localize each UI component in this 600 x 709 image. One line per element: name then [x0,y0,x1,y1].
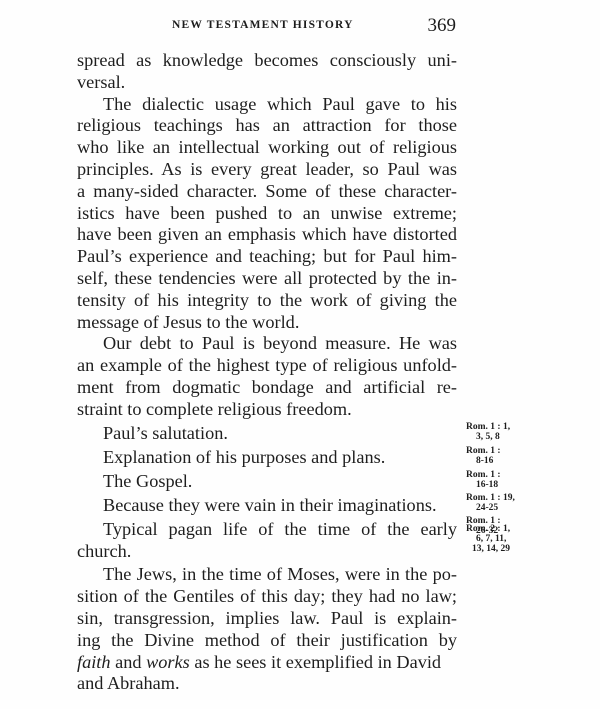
margin-ref-line: Rom. 1 : [466,446,501,456]
text-line-with-italics: faith and works as he sees it exemplifie… [77,652,457,674]
text-line: and Abraham. [77,673,457,695]
text-line: have been given an emphasis which have d… [77,224,457,246]
text-line: an example of the highest type of religi… [77,355,457,377]
margin-ref-line: Rom. 1 : [466,470,501,480]
text-line: Our debt to Paul is beyond measure. He w… [77,333,457,355]
text-line: principles. As is every great leader, so… [77,159,457,181]
outline-item-salutation: Paul’s salutation. [77,421,457,445]
text-line: versal. [77,72,457,94]
text-line: who like an intellectual working out of … [77,137,457,159]
text-line: a many-sided character. Some of these ch… [77,181,457,203]
running-head: NEW TESTAMENT HISTORY 369 [172,17,456,37]
margin-ref-rom-2-1-real: Rom. 2 : 1, 6, 7, 11, 13, 14, 29 [466,524,510,554]
margin-ref-line: 13, 14, 29 [466,544,510,554]
margin-ref-line: 16-18 [466,480,501,490]
text-line: Paul’s experience and teaching; but for … [77,246,457,268]
text-fragment: and [111,652,147,672]
outline-item-gospel: The Gospel. [77,469,457,493]
margin-ref-line: 8-16 [466,456,501,466]
outline-item-purposes: Explanation of his purposes and plans. [77,445,457,469]
margin-ref-line: Rom. 2 : 1, [466,524,510,534]
text-line: tensity of his integrity to the work of … [77,290,457,312]
margin-ref-line: 6, 7, 11, [466,534,510,544]
text-line: straint to complete religious freedom. [77,399,457,421]
outline-item-pagan-life: Typical pagan life of the time of the ea… [77,517,457,541]
outline-item-pagan-life-cont: church. [77,541,457,563]
margin-ref-line: 24-25 [466,503,515,513]
margin-ref-rom-1-1: Rom. 1 : 1, 3, 5, 8 [466,422,510,442]
running-title: NEW TESTAMENT HISTORY [172,19,354,31]
margin-ref-line: Rom. 1 : 19, [466,493,515,503]
text-line: spread as knowledge becomes consciously … [77,50,457,72]
text-line: ing the Divine method of their justifica… [77,630,457,652]
margin-ref-rom-1-16: Rom. 1 : 16-18 [466,470,501,490]
text-line: religious teachings has an attraction fo… [77,115,457,137]
text-line: The dialectic usage which Paul gave to h… [77,94,457,116]
text-line: istics have been pushed to an unwise ext… [77,203,457,225]
text-line: self, these tendencies were all protecte… [77,268,457,290]
book-page: NEW TESTAMENT HISTORY 369 spread as know… [0,0,600,709]
margin-ref-line: 3, 5, 8 [466,432,510,442]
text-column: spread as knowledge becomes consciously … [77,50,457,695]
text-line: The Jews, in the time of Moses, were in … [77,564,457,586]
text-line: message of Jesus to the world. [77,312,457,334]
text-line: sition of the Gentiles of this day; they… [77,586,457,608]
italic-faith: faith [77,652,111,672]
italic-works: works [146,652,190,672]
margin-ref-rom-1-19: Rom. 1 : 19, 24-25 [466,493,515,513]
margin-ref-line: Rom. 1 : 1, [466,422,510,432]
page-number: 369 [428,15,457,37]
text-line: ment from dogmatic bondage and artificia… [77,377,457,399]
margin-ref-rom-1-8: Rom. 1 : 8-16 [466,446,501,466]
text-line: sin, transgression, implies law. Paul is… [77,608,457,630]
text-fragment: as he sees it exemplified in David [190,652,441,672]
outline-item-vain-imaginations: Because they were vain in their imaginat… [77,493,457,517]
